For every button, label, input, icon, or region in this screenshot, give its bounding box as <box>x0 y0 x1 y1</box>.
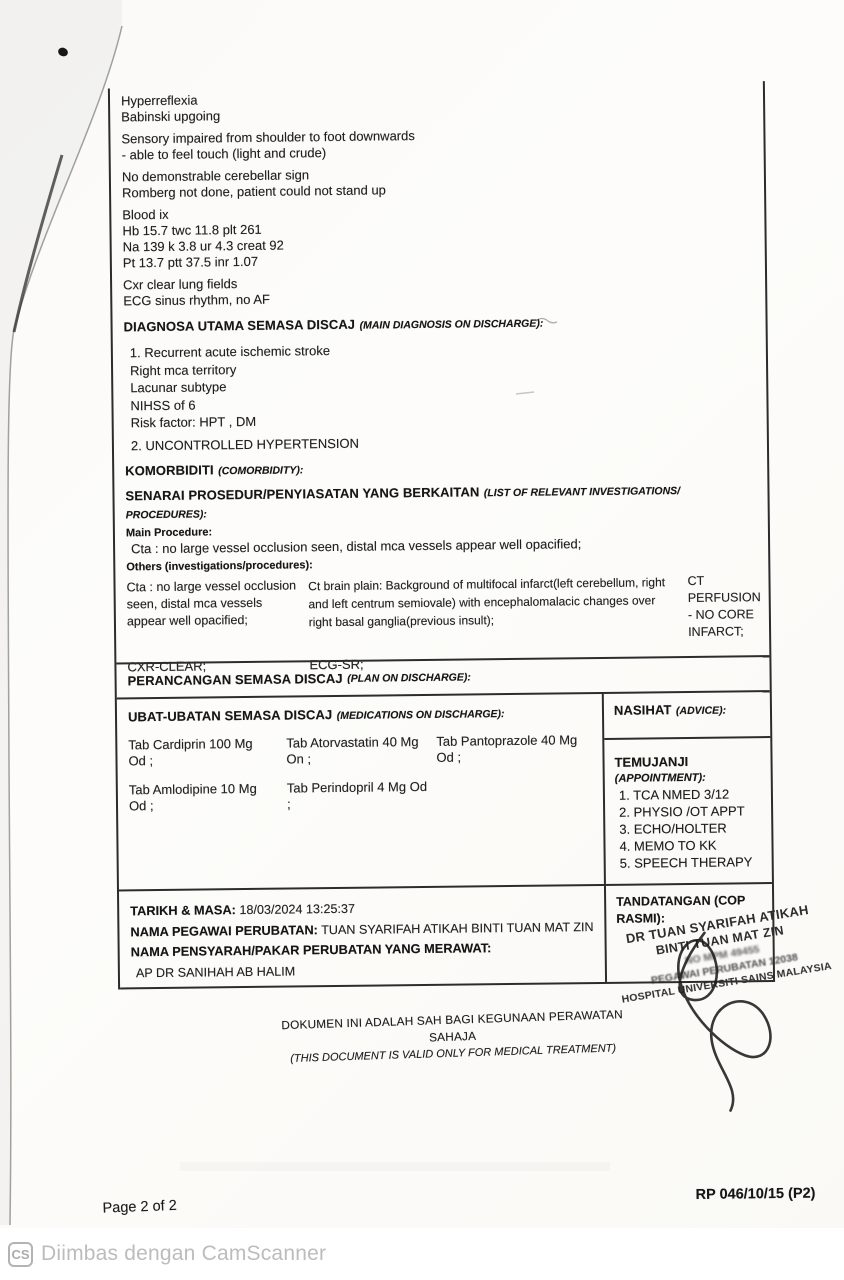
appointment-item: 3. ECHO/HOLTER <box>615 819 769 838</box>
medication-name: Tab Amlodipine 10 Mg <box>129 781 287 799</box>
medications-cell: UBAT-UBATAN SEMASA DISCAJ (MEDICATIONS O… <box>117 694 604 889</box>
scanned-paper: Hyperreflexia Babinski upgoing Sensory i… <box>0 0 844 1280</box>
diagnosis-primary-block: 1. Recurrent acute ischemic stroke Right… <box>124 337 759 432</box>
specialist-label: NAMA PENSYARAH/PAKAR PERUBATAN YANG MERA… <box>131 940 492 959</box>
appointment-item: 4. MEMO TO KK <box>615 836 769 855</box>
diagnosis-secondary: 2. UNCONTROLLED HYPERTENSION <box>125 431 759 454</box>
medication-dose: Od ; <box>129 797 287 815</box>
blood-results-block: Blood ix Hb 15.7 twc 11.8 plt 261 Na 139… <box>122 200 757 271</box>
medications-heading-en: (MEDICATIONS ON DISCHARGE): <box>337 708 505 722</box>
medications-grid: Tab Cardiprin 100 Mg Od ; Tab Atorvastat… <box>128 732 597 814</box>
medication-name: Tab Pantoprazole 40 Mg <box>436 732 596 750</box>
validity-note: DOKUMEN INI ADALAH SAH BAGI KEGUNAAN PER… <box>267 1006 638 1069</box>
diagnosis-heading: DIAGNOSA UTAMA SEMASA DISCAJ (MAIN DIAGN… <box>123 311 757 336</box>
medication-name: Tab Atorvastatin 40 Mg <box>286 734 436 752</box>
medications-heading: UBAT-UBATAN SEMASA DISCAJ (MEDICATIONS O… <box>128 703 596 726</box>
appointment-heading-en: (APPOINTMENT): <box>615 769 769 787</box>
others-label: Others (investigations/procedures): <box>126 553 760 575</box>
appointment-item: 5. SPEECH THERAPY <box>616 853 770 872</box>
others-investigations-grid: Cta : no large vessel occlusion seen, di… <box>126 572 761 647</box>
appointment-item: 1. TCA NMED 3/12 <box>615 785 769 804</box>
signature-cell: TANDATANGAN (COP RASMI): <box>604 884 773 982</box>
specialist-value: AP DR SANIHAH AB HALIM <box>136 964 295 980</box>
signature-label: TANDATANGAN (COP RASMI): <box>616 892 756 928</box>
plan-heading-my: PERANCANGAN SEMASA DISCAJ <box>128 671 343 688</box>
diagnosis-heading-my: DIAGNOSA UTAMA SEMASA DISCAJ <box>124 317 356 335</box>
advice-heading-my: NASIHAT <box>614 702 672 718</box>
officer-label: NAMA PEGAWAI PERUBATAN: <box>130 922 318 939</box>
datetime-value: 18/03/2024 13:25:37 <box>239 902 355 917</box>
discharge-form-table: Hyperreflexia Babinski upgoing Sensory i… <box>108 81 775 989</box>
others-ct-brain-result: Ct brain plain: Background of multifocal… <box>298 573 676 645</box>
medication-dose: Od ; <box>128 752 286 770</box>
others-cta-result: Cta : no large vessel occlusion seen, di… <box>126 577 298 647</box>
camscanner-watermark: CS Diimbas dengan CamScanner <box>0 1228 844 1280</box>
medication-item: Tab Amlodipine 10 Mg Od ; <box>129 781 287 815</box>
cerebellar-findings-block: No demonstrable cerebellar sign Romberg … <box>122 162 756 201</box>
medication-item: Tab Perindopril 4 Mg Od ; <box>287 779 437 813</box>
advice-cell: NASIHAT (ADVICE): <box>604 692 771 740</box>
signoff-cell: TARIKH & MASA: 18/03/2024 13:25:37 NAMA … <box>119 886 605 987</box>
appointment-item: 2. PHYSIO /OT APPT <box>615 802 769 821</box>
others-ct-perfusion-result: CT PERFUSION - NO CORE INFARCT; <box>675 572 761 641</box>
neuro-findings-block: Hyperreflexia Babinski upgoing <box>121 86 755 125</box>
officer-value: TUAN SYARIFAH ATIKAH BINTI TUAN MAT ZIN <box>321 920 594 937</box>
medication-name: Tab Cardiprin 100 Mg <box>128 736 286 754</box>
medication-item: Tab Atorvastatin 40 Mg On ; <box>286 734 436 768</box>
advice-appointment-column: NASIHAT (ADVICE): TEMUJANJI (APPOINTMENT… <box>602 692 772 884</box>
medication-dose: On ; <box>286 750 436 768</box>
camscanner-icon: CS <box>8 1242 33 1267</box>
investigations-heading-my: SENARAI PROSEDUR/PENYIASATAN YANG BERKAI… <box>125 484 479 503</box>
advice-heading-en: (ADVICE): <box>676 705 726 718</box>
appointment-cell: TEMUJANJI (APPOINTMENT): 1. TCA NMED 3/1… <box>604 738 772 884</box>
medication-item: Tab Pantoprazole 40 Mg Od ; <box>436 732 596 766</box>
section-clinical-findings: Hyperreflexia Babinski upgoing Sensory i… <box>110 81 769 662</box>
medication-dose: ; <box>287 795 437 813</box>
plan-heading-en: (PLAN ON DISCHARGE): <box>347 671 471 684</box>
diagnosis-heading-en: (MAIN DIAGNOSIS ON DISCHARGE): <box>359 318 543 332</box>
form-code: RP 046/10/15 (P2) <box>696 1186 816 1203</box>
investigations-heading: SENARAI PROSEDUR/PENYIASATAN YANG BERKAI… <box>125 480 759 523</box>
komorbiditi-heading-my: KOMORBIDITI <box>125 462 214 478</box>
komorbiditi-heading-en: (COMORBIDITY): <box>218 464 303 477</box>
medications-heading-my: UBAT-UBATAN SEMASA DISCAJ <box>128 707 332 724</box>
medication-dose: Od ; <box>436 748 596 766</box>
komorbiditi-heading: KOMORBIDITI (COMORBIDITY): <box>125 455 759 480</box>
medication-item: Tab Cardiprin 100 Mg Od ; <box>128 736 286 770</box>
camscanner-text: Diimbas dengan CamScanner <box>41 1242 326 1266</box>
datetime-label: TARIKH & MASA: <box>130 902 236 918</box>
sensory-findings-block: Sensory impaired from shoulder to foot d… <box>121 124 755 163</box>
section-signoff-row: TARIKH & MASA: 18/03/2024 13:25:37 NAMA … <box>119 882 773 989</box>
section-medications-row: UBAT-UBATAN SEMASA DISCAJ (MEDICATIONS O… <box>117 692 772 889</box>
imaging-findings-block: Cxr clear lung fields ECG sinus rhythm, … <box>123 270 757 309</box>
appointment-heading-my: TEMUJANJI <box>614 752 768 771</box>
medication-name: Tab Perindopril 4 Mg Od <box>287 779 437 797</box>
page-number: Page 2 of 2 <box>102 1198 177 1217</box>
discharge-document: Hyperreflexia Babinski upgoing Sensory i… <box>0 0 844 1280</box>
